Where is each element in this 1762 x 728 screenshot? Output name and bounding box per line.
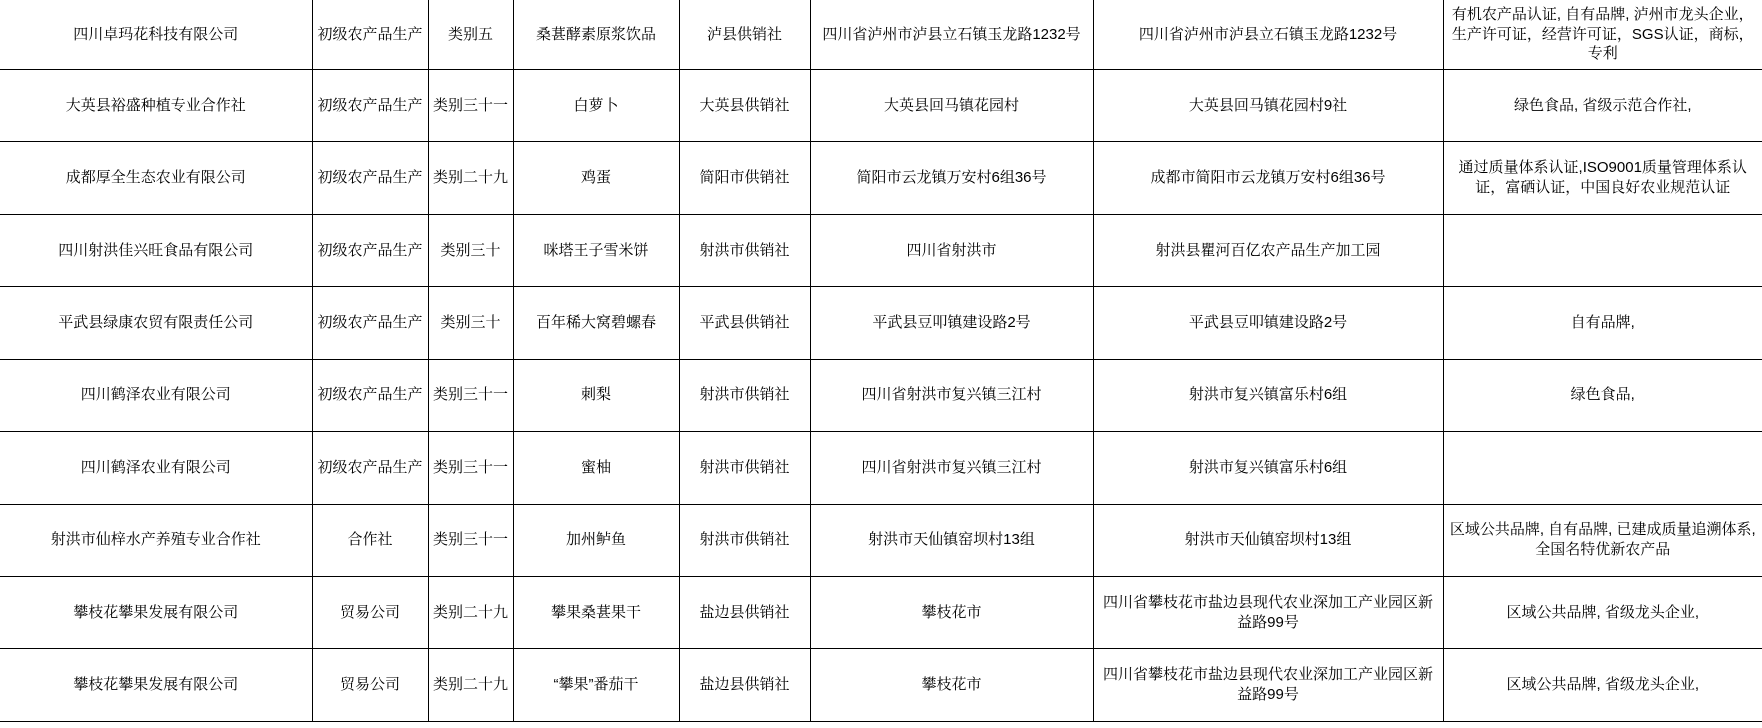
cell-product-name: 百年稀大窝碧螺春 [513,287,679,359]
cell-category: 类别五 [428,0,513,69]
cell-address: 攀枝花市 [810,649,1093,722]
table-row: 攀枝花攀果发展有限公司 贸易公司 类别二十九 攀果桑葚果干 盐边县供销社 攀枝花… [0,576,1762,648]
cell-product-name: 咪塔王子雪米饼 [513,214,679,286]
cell-address: 攀枝花市 [810,576,1093,648]
cell-business-type: 初级农产品生产 [312,432,428,504]
table-row: 四川鹤泽农业有限公司 初级农产品生产 类别三十一 刺梨 射洪市供销社 四川省射洪… [0,359,1762,431]
cell-business-type: 初级农产品生产 [312,359,428,431]
cell-business-type: 初级农产品生产 [312,69,428,141]
cell-production-address: 四川省泸州市泸县立石镇玉龙路1232号 [1093,0,1443,69]
cell-category: 类别三十 [428,214,513,286]
cell-address: 大英县回马镇花园村 [810,69,1093,141]
cell-production-address: 平武县豆叩镇建设路2号 [1093,287,1443,359]
cell-business-type: 初级农产品生产 [312,0,428,69]
cell-production-address: 大英县回马镇花园村9社 [1093,69,1443,141]
cell-production-address: 成都市简阳市云龙镇万安村6组36号 [1093,142,1443,214]
cell-company-name: 平武县绿康农贸有限责任公司 [0,287,312,359]
cell-business-type: 初级农产品生产 [312,214,428,286]
cell-cooperative: 射洪市供销社 [679,214,810,286]
cell-company-name: 成都厚全生态农业有限公司 [0,142,312,214]
cell-company-name: 射洪市仙梓水产养殖专业合作社 [0,504,312,576]
cell-company-name: 攀枝花攀果发展有限公司 [0,649,312,722]
table-row: 大英县裕盛种植专业合作社 初级农产品生产 类别三十一 白萝卜 大英县供销社 大英… [0,69,1762,141]
cell-production-address: 射洪县瞿河百亿农产品生产加工园 [1093,214,1443,286]
cell-certifications: 区域公共品牌, 自有品牌, 已建成质量追溯体系, 全国名特优新农产品 [1443,504,1762,576]
cell-address: 射洪市天仙镇窑坝村13组 [810,504,1093,576]
cell-business-type: 初级农产品生产 [312,287,428,359]
cell-address: 简阳市云龙镇万安村6组36号 [810,142,1093,214]
cell-product-name: 蜜柚 [513,432,679,504]
cell-certifications: 绿色食品, [1443,359,1762,431]
cell-certifications: 自有品牌, [1443,287,1762,359]
cell-company-name: 四川鹤泽农业有限公司 [0,432,312,504]
cell-category: 类别三十一 [428,504,513,576]
table-row: 平武县绿康农贸有限责任公司 初级农产品生产 类别三十 百年稀大窝碧螺春 平武县供… [0,287,1762,359]
cell-product-name: 攀果桑葚果干 [513,576,679,648]
cell-company-name: 四川鹤泽农业有限公司 [0,359,312,431]
cell-cooperative: 射洪市供销社 [679,504,810,576]
cell-category: 类别三十一 [428,432,513,504]
cell-business-type: 合作社 [312,504,428,576]
cell-product-name: 桑葚酵素原浆饮品 [513,0,679,69]
table-row: 四川射洪佳兴旺食品有限公司 初级农产品生产 类别三十 咪塔王子雪米饼 射洪市供销… [0,214,1762,286]
cell-production-address: 四川省攀枝花市盐边县现代农业深加工产业园区新益路99号 [1093,649,1443,722]
cell-company-name: 四川卓玛花科技有限公司 [0,0,312,69]
cell-cooperative: 大英县供销社 [679,69,810,141]
cell-business-type: 贸易公司 [312,576,428,648]
cell-company-name: 攀枝花攀果发展有限公司 [0,576,312,648]
cell-certifications [1443,432,1762,504]
cell-production-address: 射洪市复兴镇富乐村6组 [1093,432,1443,504]
cell-certifications: 区域公共品牌, 省级龙头企业, [1443,576,1762,648]
cell-cooperative: 平武县供销社 [679,287,810,359]
cell-address: 平武县豆叩镇建设路2号 [810,287,1093,359]
cell-category: 类别二十九 [428,142,513,214]
cell-product-name: 加州鲈鱼 [513,504,679,576]
cell-cooperative: 射洪市供销社 [679,359,810,431]
cell-product-name: 白萝卜 [513,69,679,141]
cell-category: 类别三十 [428,287,513,359]
cell-address: 四川省射洪市复兴镇三江村 [810,359,1093,431]
cell-certifications: 绿色食品, 省级示范合作社, [1443,69,1762,141]
table-screenshot: 四川卓玛花科技有限公司 初级农产品生产 类别五 桑葚酵素原浆饮品 泸县供销社 四… [0,0,1762,728]
cell-product-name: 刺梨 [513,359,679,431]
cell-address: 四川省射洪市 [810,214,1093,286]
cell-cooperative: 简阳市供销社 [679,142,810,214]
cell-certifications: 通过质量体系认证,ISO9001质量管理体系认证，富硒认证，中国良好农业规范认证 [1443,142,1762,214]
cell-production-address: 射洪市复兴镇富乐村6组 [1093,359,1443,431]
cell-production-address: 射洪市天仙镇窑坝村13组 [1093,504,1443,576]
table-row: 成都厚全生态农业有限公司 初级农产品生产 类别二十九 鸡蛋 简阳市供销社 简阳市… [0,142,1762,214]
cell-business-type: 贸易公司 [312,649,428,722]
cell-address: 四川省射洪市复兴镇三江村 [810,432,1093,504]
cell-cooperative: 射洪市供销社 [679,432,810,504]
cell-certifications: 区域公共品牌, 省级龙头企业, [1443,649,1762,722]
cell-category: 类别三十一 [428,359,513,431]
cell-category: 类别二十九 [428,576,513,648]
cell-product-name: “攀果”番茄干 [513,649,679,722]
records-table: 四川卓玛花科技有限公司 初级农产品生产 类别五 桑葚酵素原浆饮品 泸县供销社 四… [0,0,1762,722]
cell-company-name: 大英县裕盛种植专业合作社 [0,69,312,141]
cell-cooperative: 泸县供销社 [679,0,810,69]
table-row: 四川鹤泽农业有限公司 初级农产品生产 类别三十一 蜜柚 射洪市供销社 四川省射洪… [0,432,1762,504]
table-row: 四川卓玛花科技有限公司 初级农产品生产 类别五 桑葚酵素原浆饮品 泸县供销社 四… [0,0,1762,69]
cell-certifications [1443,214,1762,286]
cell-address: 四川省泸州市泸县立石镇玉龙路1232号 [810,0,1093,69]
cell-product-name: 鸡蛋 [513,142,679,214]
cell-cooperative: 盐边县供销社 [679,649,810,722]
cell-cooperative: 盐边县供销社 [679,576,810,648]
table-row: 攀枝花攀果发展有限公司 贸易公司 类别二十九 “攀果”番茄干 盐边县供销社 攀枝… [0,649,1762,722]
table-row: 射洪市仙梓水产养殖专业合作社 合作社 类别三十一 加州鲈鱼 射洪市供销社 射洪市… [0,504,1762,576]
cell-production-address: 四川省攀枝花市盐边县现代农业深加工产业园区新益路99号 [1093,576,1443,648]
cell-certifications: 有机农产品认证, 自有品牌, 泸州市龙头企业，生产许可证，经营许可证，SGS认证… [1443,0,1762,69]
cell-category: 类别三十一 [428,69,513,141]
cell-business-type: 初级农产品生产 [312,142,428,214]
cell-company-name: 四川射洪佳兴旺食品有限公司 [0,214,312,286]
cell-category: 类别二十九 [428,649,513,722]
